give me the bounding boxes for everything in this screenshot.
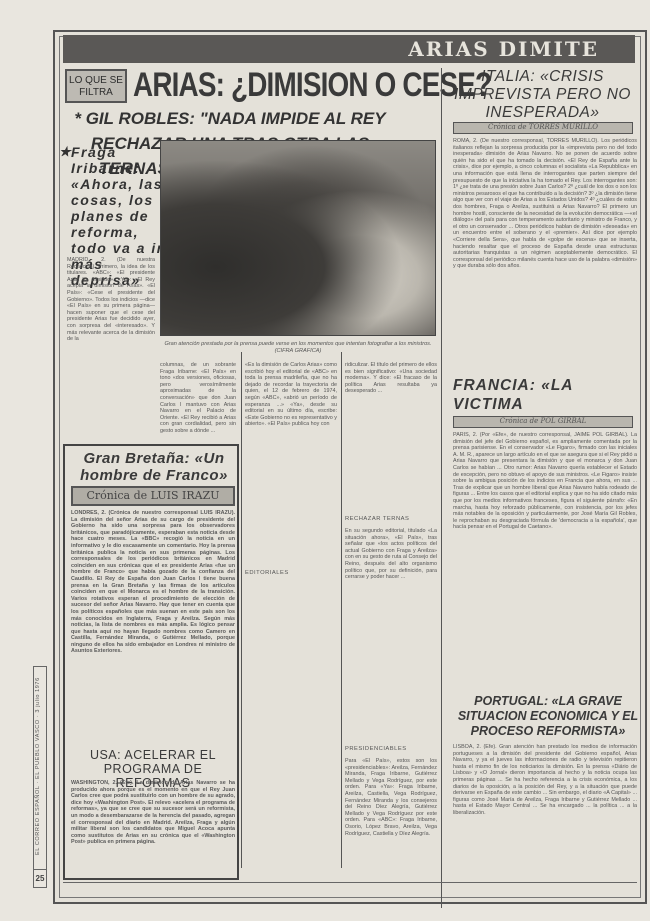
bottom-rule xyxy=(63,882,637,883)
column-divider-2 xyxy=(341,352,342,868)
gb-headline: Gran Bretaña: «Un hombre de Franco» xyxy=(71,450,237,484)
italia-text: ROMA, 2. (De nuestro corresponsal, TORRE… xyxy=(453,138,637,364)
great-britain-box: Gran Bretaña: «Un hombre de Franco» Crón… xyxy=(63,444,239,880)
main-headline: ARIAS: ¿DIMISION O CESE? xyxy=(133,66,363,104)
lead-text: MADRID, 2. (De nuestra Redacción). Prime… xyxy=(67,257,155,427)
photo-caption: Gran atención prestada por la prensa pue… xyxy=(160,341,436,355)
column-divider-1 xyxy=(241,352,242,868)
kicker-box: LO QUE SE FILTRA xyxy=(65,69,127,103)
publication-strip: EL CORREO ESPAÑOL · EL PUEBLO VASCO · 3 … xyxy=(33,666,47,888)
star-icon: ★ xyxy=(59,144,72,160)
rechazar-ternas-text: En su segundo editorial, titulado «La si… xyxy=(345,528,437,738)
newspaper-page: ARIAS DIMITE LO QUE SE FILTRA ARIAS: ¿DI… xyxy=(53,30,647,904)
section-label-rechazar-ternas: RECHAZAR TERNAS xyxy=(345,516,409,522)
main-column-2: «Es la dimisión de Carlos Arias» como es… xyxy=(245,362,337,872)
usa-text: WASHINGTON, 2. (Efe). La dimisión de Ari… xyxy=(71,780,235,874)
francia-text: PARIS, 2. (Por «Efe», de nuestro corresp… xyxy=(453,432,637,688)
page-number: 25 xyxy=(34,869,46,887)
italia-headline: ITALIA: «CRISIS IMPREVISTA PERO NO INESP… xyxy=(445,68,640,122)
news-photo xyxy=(160,140,436,336)
italia-byline: Crónica de TORRES MURILLO xyxy=(453,122,633,134)
section-label-presidenciables: PRESIDENCIABLES xyxy=(345,746,407,752)
portugal-headline: PORTUGAL: «LA GRAVE SITUACION ECONOMICA … xyxy=(453,694,643,739)
main-column-1: columnas, de un sobrante Fraga Iribarne:… xyxy=(160,362,236,442)
section-label-editoriales: EDITORIALES xyxy=(245,570,289,576)
publication-info: EL CORREO ESPAÑOL · EL PUEBLO VASCO · 3 … xyxy=(35,671,47,861)
gb-byline: Crónica de LUIS IRAZU xyxy=(71,486,235,506)
portugal-text: LISBOA, 2. (Efe). Gran atención han pres… xyxy=(453,744,637,874)
section-banner: ARIAS DIMITE xyxy=(63,35,635,63)
gb-text: LONDRES, 2. (Crónica de nuestro correspo… xyxy=(71,510,235,744)
banner-title: ARIAS DIMITE xyxy=(408,37,599,61)
main-column-3: ridiculizar. El título del primero de el… xyxy=(345,362,437,512)
francia-byline: Crónica de POL GIRBAL xyxy=(453,416,633,428)
presidenciables-text: Para «El País», estos son los «presidenc… xyxy=(345,758,437,870)
column-divider-right xyxy=(441,68,442,908)
